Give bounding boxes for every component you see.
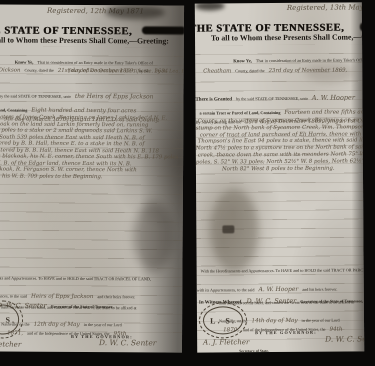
greeting-line: To all to Whom these Presents Shall Come… xyxy=(211,33,364,42)
secretary-signature: A. J. Fletcher xyxy=(0,341,21,349)
ink-smudge xyxy=(360,22,364,31)
stain xyxy=(210,189,259,271)
entry-county: Cheatham xyxy=(203,68,231,74)
scanned-document-spread: Registered, 12th May 1871 THE STATE OF T… xyxy=(0,0,375,366)
entry-county: Dickson xyxy=(0,67,21,73)
secretary-signature: A. J. Fletcher xyxy=(203,339,249,347)
metes-line: North 82° West 8 poles to the Beginning. xyxy=(222,166,335,172)
hereditaments-line: With the Hereditaments and Appurtenances… xyxy=(0,276,151,282)
metes-line: poles, S. 52° W. 33 poles; North 52½° W.… xyxy=(196,159,364,166)
seal-label: L. S. xyxy=(210,316,236,325)
entry-mid: County, dated the xyxy=(24,68,53,73)
granted-mid: by the said STATE OF TENNESSEE, unto xyxy=(236,96,308,102)
founded-line: founded on Occupant Certificate, by A. L… xyxy=(69,69,184,75)
metes-line: his W. B. 709 poles to the Beginning. xyxy=(2,174,103,180)
governor-signature: D. W. C. Senter xyxy=(99,339,156,347)
witness-line-2: hath hereunto set his hand, and caused t… xyxy=(219,300,354,305)
left-document-page: Registered, 12th May 1871 THE STATE OF T… xyxy=(0,4,184,352)
registration-note: Registered, 13th May 1870 xyxy=(287,4,364,12)
independence-year: 94th xyxy=(330,327,343,333)
entry-date: 23rd day of November 1869, xyxy=(269,68,348,75)
greeting-line: To all to Whom these Presents Shall Come… xyxy=(0,36,169,45)
stain xyxy=(133,201,173,271)
stain xyxy=(222,225,234,233)
secretary-title: Secretary of State. xyxy=(17,352,47,353)
entry-mid: County, dated the xyxy=(235,68,264,73)
stain xyxy=(195,2,225,10)
hereditaments-line: With the Hereditaments and Appurtenances… xyxy=(201,268,365,274)
ink-smudge xyxy=(142,27,184,35)
secretary-title: Secretary of State. xyxy=(239,349,269,353)
granted-mid: by the said STATE OF TENNESSEE, unto xyxy=(0,93,71,98)
seal-label: L. S. xyxy=(0,315,16,324)
governor-signature: D. W. C. Senter xyxy=(325,335,364,343)
great-seal: L. S. xyxy=(199,302,247,338)
witness-line-2: hath hereunto set his hand, and caused t… xyxy=(1,305,136,310)
by-the-governor: BY THE GOVERNOR: xyxy=(255,331,317,336)
entry-line: Cheatham County, dated the 23rd day of N… xyxy=(203,60,347,78)
registration-note: Registered, 12th May 1871 xyxy=(47,8,144,16)
right-document-page: Registered, 13th May 1870 THE STATE OF T… xyxy=(195,2,364,352)
